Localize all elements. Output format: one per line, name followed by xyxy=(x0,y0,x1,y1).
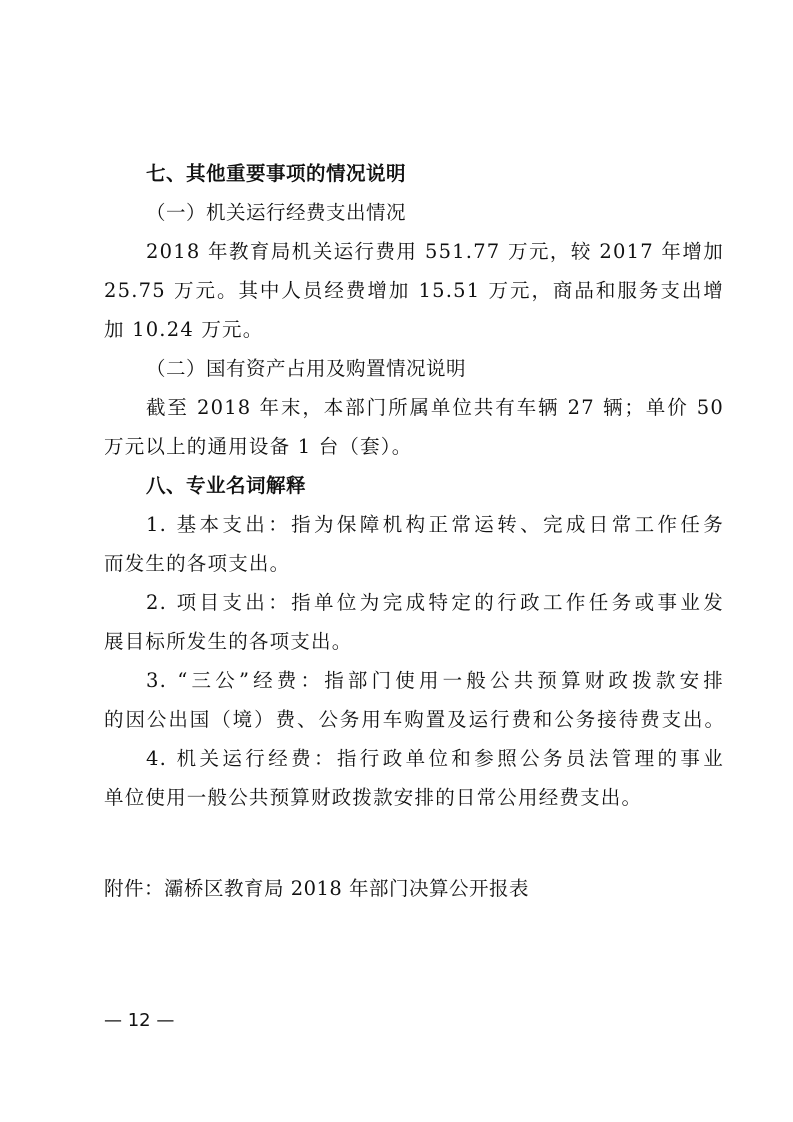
attachment-note: 附件：灞桥区教育局 2018 年部门决算公开报表 xyxy=(104,875,724,903)
document-page: 七、其他重要事项的情况说明 （一）机关运行经费支出情况 2018 年教育局机关运… xyxy=(0,0,793,1122)
definition-line: 1. 基本支出：指为保障机构正常运转、完成日常工作任务 xyxy=(146,511,724,539)
definition-line: 4. 机关运行经费：指行政单位和参照公务员法管理的事业 xyxy=(146,745,724,773)
definition-line: 2. 项目支出：指单位为完成特定的行政工作任务或事业发 xyxy=(146,589,724,617)
paragraph-line: 加 10.24 万元。 xyxy=(104,316,724,344)
paragraph-line: 截至 2018 年末，本部门所属单位共有车辆 27 辆；单价 50 xyxy=(146,394,724,422)
page-number: — 12 — xyxy=(104,1010,174,1031)
section-8-heading: 八、专业名词解释 xyxy=(146,472,766,500)
subsection-1-heading: （一）机关运行经费支出情况 xyxy=(146,199,766,227)
definition-line: 展目标所发生的各项支出。 xyxy=(104,628,724,656)
paragraph-line: 万元以上的通用设备 1 台（套）。 xyxy=(104,433,724,461)
definition-line: 的因公出国（境）费、公务用车购置及运行费和公务接待费支出。 xyxy=(104,706,724,734)
definition-line: 而发生的各项支出。 xyxy=(104,550,724,578)
definition-line: 单位使用一般公共预算财政拨款安排的日常公用经费支出。 xyxy=(104,784,724,812)
section-7-heading: 七、其他重要事项的情况说明 xyxy=(146,160,766,188)
subsection-2-heading: （二）国有资产占用及购置情况说明 xyxy=(146,355,766,383)
paragraph-line: 2018 年教育局机关运行费用 551.77 万元，较 2017 年增加 xyxy=(146,238,724,266)
definition-line: 3. “三公”经费：指部门使用一般公共预算财政拨款安排 xyxy=(146,667,724,695)
paragraph-line: 25.75 万元。其中人员经费增加 15.51 万元，商品和服务支出增 xyxy=(104,277,724,305)
